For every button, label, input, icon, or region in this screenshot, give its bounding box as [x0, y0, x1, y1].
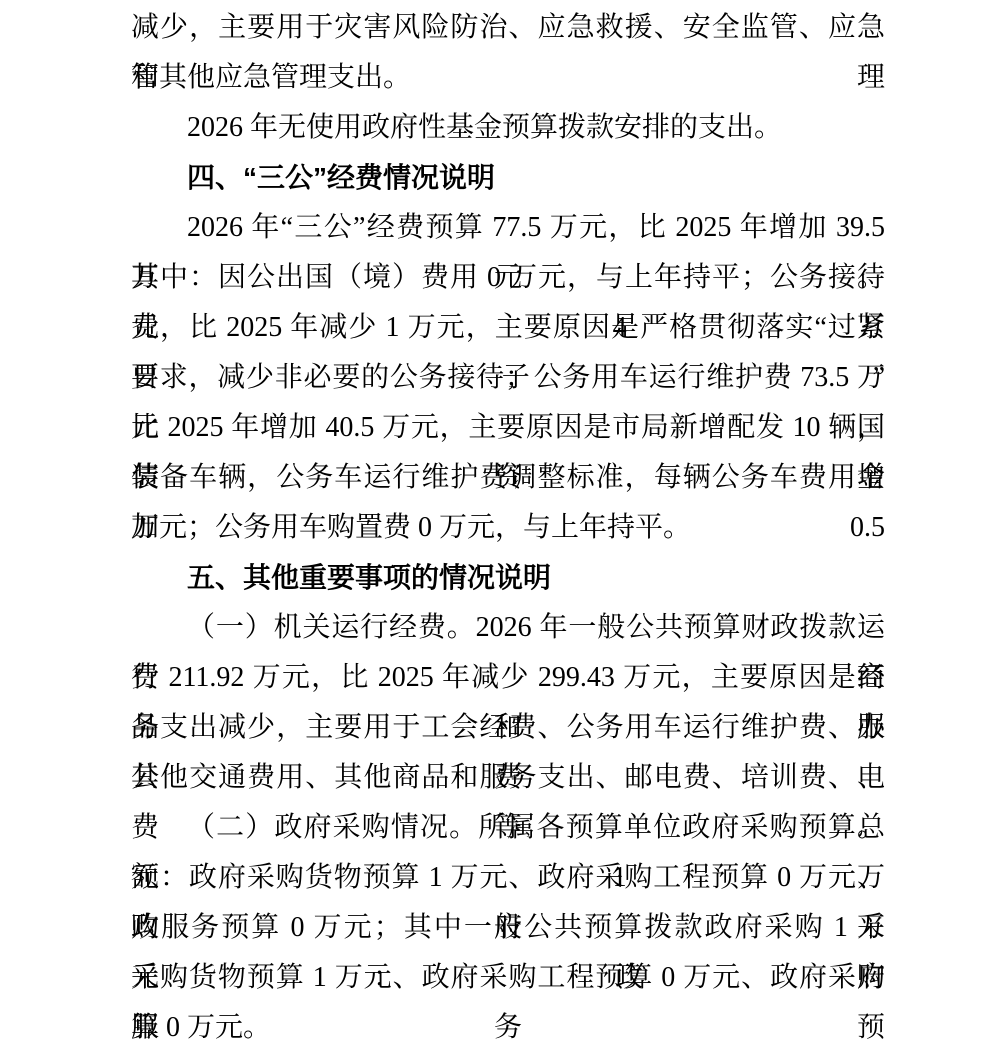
document-line: 购服务预算 0 万元；其中一般公共预算拨款政府采购 1 万元：政府 — [131, 903, 885, 953]
document-line: 2026 年“三公”经费预算 77.5 万元，比 2025 年增加 39.5 万… — [131, 203, 885, 253]
document-line: 采购货物预算 1 万元、政府采购工程预算 0 万元、政府采购服务预 — [131, 953, 885, 1003]
document-page: 减少，主要用于灾害风险防治、应急救援、安全监管、应急管理 和其他应急管理支出。 … — [0, 0, 1000, 1053]
section-heading-text: 四、“三公”经费情况说明 — [131, 153, 885, 203]
document-line: 2026 年无使用政府性基金预算拨款安排的支出。 — [131, 103, 885, 153]
document-line: 比 2025 年增加 40.5 万元，主要原因是市局新增配发 10 辆国债资金 — [131, 403, 885, 453]
document-line: 务支出减少，主要用于工会经费、公务用车运行维护费、办公费、 — [131, 703, 885, 753]
document-line: 要求，减少非必要的公务接待；公务用车运行维护费 73.5 万元， — [131, 353, 885, 403]
document-line: （一）机关运行经费。2026 年一般公共预算财政拨款运行经 — [131, 603, 885, 653]
section-heading-four: 四、“三公”经费情况说明 — [131, 153, 885, 203]
document-line: 费 211.92 万元，比 2025 年减少 299.43 万元，主要原因是商品… — [131, 653, 885, 703]
section-heading-five: 五、其他重要事项的情况说明 — [131, 553, 885, 603]
section-heading-text: 五、其他重要事项的情况说明 — [131, 553, 885, 603]
document-line: 元，比 2025 年减少 1 万元，主要原因是严格贯彻落实“过紧日子” — [131, 303, 885, 353]
document-line: 其他交通费用、其他商品和服务支出、邮电费、培训费、电费等。 — [131, 753, 885, 803]
document-line: 元：政府采购货物预算 1 万元、政府采购工程预算 0 万元、政府采 — [131, 853, 885, 903]
document-line: 装备车辆，公务车运行维护费调整标准，每辆公务车费用增加 0.5 — [131, 453, 885, 503]
document-line: 减少，主要用于灾害风险防治、应急救援、安全监管、应急管理 — [131, 3, 885, 53]
paragraph-continuation: 减少，主要用于灾害风险防治、应急救援、安全监管、应急管理 和其他应急管理支出。 — [131, 3, 885, 103]
paragraph-three-public-expenses: 2026 年“三公”经费预算 77.5 万元，比 2025 年增加 39.5 万… — [131, 203, 885, 553]
document-line: 其中：因公出国（境）费用 0 万元，与上年持平；公务接待费 4 万 — [131, 253, 885, 303]
paragraph-operating-funds: （一）机关运行经费。2026 年一般公共预算财政拨款运行经 费 211.92 万… — [131, 603, 885, 803]
paragraph-gov-fund-note: 2026 年无使用政府性基金预算拨款安排的支出。 — [131, 103, 885, 153]
document-line: （二）政府采购情况。所属各预算单位政府采购预算总额 1 万 — [131, 803, 885, 853]
paragraph-gov-procurement: （二）政府采购情况。所属各预算单位政府采购预算总额 1 万 元：政府采购货物预算… — [131, 803, 885, 1053]
